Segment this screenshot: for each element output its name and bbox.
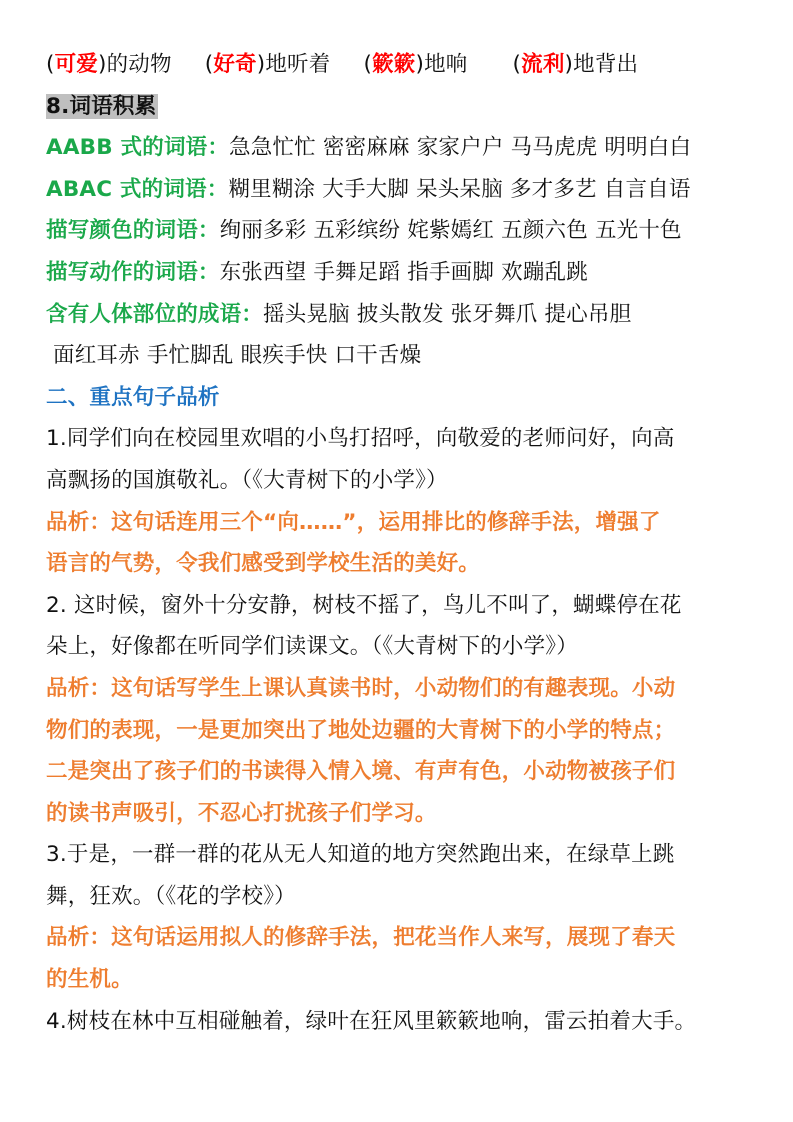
section-title: 8.词语积累 (46, 94, 158, 119)
word-row-words: 急急忙忙 密密麻麻 家家户户 马马虎虎 明明白白 (229, 135, 691, 160)
phrase: (好奇)地听着 (205, 52, 331, 77)
sentence-item: 2. 这时候，窗外十分安静，树枝不摇了，鸟儿不叫了，蝴蝶停在花 朵上，好像都在听… (46, 585, 751, 835)
word-row: 描写颜色的词语：绚丽多彩 五彩缤纷 姹紫嫣红 五颜六色 五光十色 (46, 210, 751, 252)
word-row-words: 东张西望 手舞足蹈 指手画脚 欢蹦乱跳 (220, 260, 588, 285)
sentence-item: 4.树枝在林中互相碰触着，绿叶在狂风里簌簌地响，雷云拍着大手。 (46, 1001, 751, 1043)
word-row-label: ABAC 式的词语： (46, 177, 228, 202)
section-2-heading: 二、重点句子品析 (46, 377, 751, 419)
analysis-line: 品析：这句话运用拟人的修辞手法，把花当作人来写，展现了春天 (46, 917, 751, 959)
sentence-line: 2. 这时候，窗外十分安静，树枝不摇了，鸟儿不叫了，蝴蝶停在花 (46, 585, 751, 627)
adjective-phrases-line: (可爱)的动物 (好奇)地听着 (簌簌)地响 (流利)地背出 (46, 44, 751, 86)
section-8-heading: 8.词语积累 (46, 86, 751, 128)
analysis-line: 物们的表现，一是更加突出了地处边疆的大青树下的小学的特点； (46, 710, 751, 752)
sentence-line: 3.于是，一群一群的花从无人知道的地方突然跑出来，在绿草上跳 (46, 834, 751, 876)
word-row: 含有人体部位的成语：摇头晃脑 披头散发 张牙舞爪 提心吊胆 (46, 294, 751, 336)
word-row: ABAC 式的词语：糊里糊涂 大手大脚 呆头呆脑 多才多艺 自言自语 (46, 169, 751, 211)
sentence-line: 1.同学们向在校园里欢唱的小鸟打招呼，向敬爱的老师问好，向高 (46, 418, 751, 460)
word-row-label: AABB 式的词语： (46, 135, 229, 160)
word-row-words: 绚丽多彩 五彩缤纷 姹紫嫣红 五颜六色 五光十色 (220, 218, 682, 243)
phrase: (流利)地背出 (513, 52, 639, 77)
word-row-label: 描写颜色的词语： (46, 218, 220, 243)
word-row-continuation: 面红耳赤 手忙脚乱 眼疾手快 口干舌燥 (46, 335, 751, 377)
phrase: (可爱)的动物 (46, 52, 172, 77)
word-row: AABB 式的词语：急急忙忙 密密麻麻 家家户户 马马虎虎 明明白白 (46, 127, 751, 169)
analysis-line: 的读书声吸引，不忍心打扰孩子们学习。 (46, 793, 751, 835)
word-row-words: 摇头晃脑 披头散发 张牙舞爪 提心吊胆 (263, 302, 631, 327)
sentence-item: 3.于是，一群一群的花从无人知道的地方突然跑出来，在绿草上跳 舞，狂欢。（《花的… (46, 834, 751, 1000)
sentence-line: 朵上，好像都在听同学们读课文。（《大青树下的小学》） (46, 626, 751, 668)
sentence-line: 舞，狂欢。（《花的学校》） (46, 876, 751, 918)
sentence-item: 1.同学们向在校园里欢唱的小鸟打招呼，向敬爱的老师问好，向高 高飘扬的国旗敬礼。… (46, 418, 751, 584)
phrase: (簌簌)地响 (364, 52, 468, 77)
analysis-line: 的生机。 (46, 959, 751, 1001)
word-row: 描写动作的词语：东张西望 手舞足蹈 指手画脚 欢蹦乱跳 (46, 252, 751, 294)
document-page: (可爱)的动物 (好奇)地听着 (簌簌)地响 (流利)地背出 8.词语积累 AA… (46, 44, 751, 1042)
word-row-words: 糊里糊涂 大手大脚 呆头呆脑 多才多艺 自言自语 (228, 177, 690, 202)
word-row-label: 描写动作的词语： (46, 260, 220, 285)
sentence-line: 高飘扬的国旗敬礼。（《大青树下的小学》） (46, 460, 751, 502)
sentence-line: 4.树枝在林中互相碰触着，绿叶在狂风里簌簌地响，雷云拍着大手。 (46, 1001, 751, 1043)
analysis-line: 品析：这句话写学生上课认真读书时，小动物们的有趣表现。小动 (46, 668, 751, 710)
analysis-line: 语言的气势，令我们感受到学校生活的美好。 (46, 543, 751, 585)
analysis-line: 二是突出了孩子们的书读得入情入境、有声有色，小动物被孩子们 (46, 751, 751, 793)
analysis-line: 品析：这句话连用三个“向……”，运用排比的修辞手法，增强了 (46, 502, 751, 544)
word-row-label: 含有人体部位的成语： (46, 302, 263, 327)
